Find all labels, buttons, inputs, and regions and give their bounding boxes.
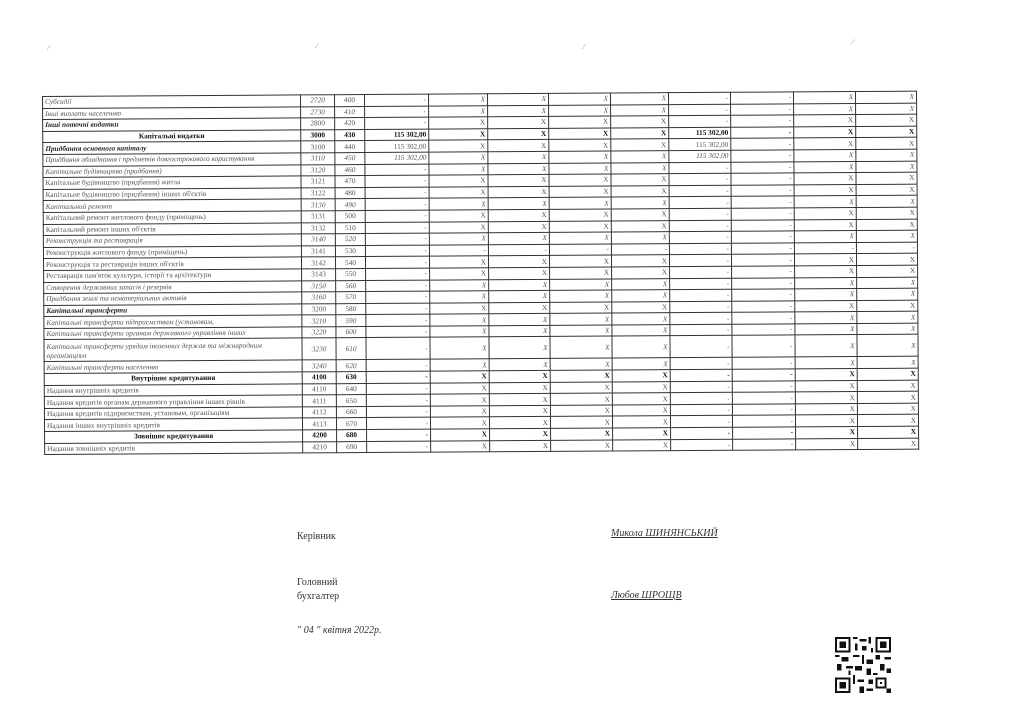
row-value-cell: X bbox=[429, 210, 488, 222]
row-line-number: 600 bbox=[336, 326, 366, 338]
row-value-cell: - bbox=[731, 243, 794, 255]
row-value-cell: X bbox=[857, 335, 918, 357]
row-value-cell: X bbox=[549, 105, 611, 117]
row-value-cell: X bbox=[857, 311, 918, 323]
row-value-cell: - bbox=[365, 164, 429, 176]
head-signature-name: Микола ШИНЯНСЬКИЙ bbox=[611, 528, 718, 539]
row-value-cell: - bbox=[669, 255, 731, 267]
row-line-number: 580 bbox=[336, 303, 366, 315]
row-value-cell: - bbox=[731, 231, 794, 243]
row-value-cell: X bbox=[855, 91, 916, 103]
row-value-cell: X bbox=[856, 149, 917, 161]
row-value-cell: - bbox=[365, 245, 429, 257]
row-value-cell: X bbox=[856, 138, 917, 150]
row-value-cell: 115 302,00 bbox=[669, 150, 731, 162]
row-value-cell: X bbox=[857, 265, 918, 277]
row-value-cell: - bbox=[670, 358, 732, 370]
row-value-cell: X bbox=[856, 184, 917, 196]
row-code: 3220 bbox=[302, 327, 336, 339]
scan-artifact bbox=[315, 43, 321, 49]
row-line-number: 500 bbox=[335, 210, 365, 222]
row-value-cell: X bbox=[857, 323, 918, 335]
row-value-cell: X bbox=[795, 403, 857, 415]
row-value-cell: X bbox=[611, 162, 669, 174]
row-value-cell: X bbox=[429, 175, 488, 187]
row-code: 3100 bbox=[301, 141, 335, 153]
row-value-cell: - bbox=[365, 175, 429, 187]
row-value-cell: X bbox=[611, 151, 669, 163]
row-value-cell: X bbox=[857, 380, 918, 392]
row-value-cell: X bbox=[857, 368, 918, 380]
row-value-cell: X bbox=[489, 370, 550, 382]
row-value-cell: X bbox=[549, 139, 611, 151]
row-value-cell: X bbox=[794, 196, 856, 208]
row-value-cell: X bbox=[488, 186, 549, 198]
row-value-cell: - bbox=[366, 418, 430, 430]
row-value-cell: X bbox=[795, 335, 857, 357]
row-name: Капітальні трансферти урядам іноземних д… bbox=[44, 338, 302, 362]
row-value-cell: X bbox=[489, 417, 550, 429]
row-value-cell: - bbox=[732, 357, 795, 369]
row-value-cell: X bbox=[549, 197, 611, 209]
row-code: 3142 bbox=[301, 257, 335, 269]
row-value-cell: X bbox=[549, 255, 611, 267]
row-value-cell: X bbox=[430, 417, 489, 429]
row-value-cell: - bbox=[365, 222, 429, 234]
row-value-cell: X bbox=[856, 103, 917, 115]
row-code: 3140 bbox=[301, 234, 335, 246]
row-line-number: 430 bbox=[335, 129, 365, 141]
row-value-cell: - bbox=[669, 185, 731, 197]
row-value-cell: - bbox=[669, 231, 731, 243]
row-value-cell: X bbox=[488, 233, 549, 245]
table-body: Субсидії2720400-XXXX--XXІнші виплати нас… bbox=[43, 91, 919, 455]
row-value-cell: X bbox=[430, 359, 489, 371]
report-date: " 04 " квітня 2022р. bbox=[297, 625, 382, 636]
row-code: 3230 bbox=[302, 338, 336, 360]
row-line-number: 570 bbox=[336, 292, 366, 304]
row-value-cell: - bbox=[365, 210, 429, 222]
row-line-number: 670 bbox=[336, 418, 366, 430]
row-value-cell: X bbox=[611, 185, 669, 197]
row-line-number: 490 bbox=[335, 199, 365, 211]
row-value-cell: X bbox=[429, 152, 488, 164]
row-value-cell: X bbox=[550, 279, 612, 291]
row-value-cell: X bbox=[856, 207, 917, 219]
row-value-cell: - bbox=[366, 406, 430, 418]
row-value-cell: X bbox=[549, 116, 611, 128]
row-value-cell: X bbox=[611, 139, 669, 151]
row-value-cell: X bbox=[431, 440, 490, 452]
capital-expenditure-table: Субсидії2720400-XXXX--XXІнші виплати нас… bbox=[42, 91, 919, 456]
row-value-cell: X bbox=[612, 267, 670, 279]
row-value-cell: X bbox=[856, 114, 917, 126]
row-value-cell: X bbox=[549, 128, 611, 140]
row-value-cell: X bbox=[612, 336, 670, 358]
row-value-cell: - bbox=[731, 161, 794, 173]
qr-code-icon bbox=[835, 637, 891, 693]
row-code: 3120 bbox=[301, 164, 335, 176]
row-value-cell: - bbox=[731, 219, 794, 231]
row-value-cell: X bbox=[550, 370, 612, 382]
row-value-cell: - bbox=[732, 312, 795, 324]
row-value-cell: X bbox=[429, 117, 488, 129]
row-value-cell: - bbox=[366, 268, 430, 280]
row-value-cell: X bbox=[550, 313, 612, 325]
row-value-cell: - bbox=[670, 336, 732, 358]
row-value-cell: X bbox=[795, 415, 857, 427]
row-value-cell: - bbox=[732, 301, 795, 313]
row-value-cell: X bbox=[857, 277, 918, 289]
row-value-cell: X bbox=[794, 184, 856, 196]
row-code: 3141 bbox=[301, 245, 335, 257]
row-line-number: 590 bbox=[336, 315, 366, 327]
row-value-cell: - bbox=[671, 439, 733, 451]
row-code: 2800 bbox=[301, 118, 335, 130]
row-value-cell: - bbox=[731, 185, 794, 197]
row-value-cell: - bbox=[731, 138, 794, 150]
row-value-cell: X bbox=[489, 337, 550, 359]
row-value-cell: X bbox=[489, 267, 550, 279]
row-value-cell: X bbox=[488, 221, 549, 233]
row-code: 4113 bbox=[302, 418, 336, 430]
row-value-cell: X bbox=[612, 358, 670, 370]
row-code: 4200 bbox=[303, 430, 337, 442]
row-value-cell: - bbox=[549, 244, 611, 256]
row-value-cell: - bbox=[670, 416, 732, 428]
row-value-cell: - bbox=[732, 392, 795, 404]
row-value-cell: X bbox=[488, 198, 549, 210]
row-code: 3132 bbox=[301, 222, 335, 234]
row-value-cell: X bbox=[794, 173, 856, 185]
row-value-cell: X bbox=[489, 290, 550, 302]
row-line-number: 610 bbox=[336, 338, 366, 360]
row-value-cell: X bbox=[611, 255, 669, 267]
row-value-cell: - bbox=[670, 301, 732, 313]
row-code: 2730 bbox=[301, 106, 335, 118]
row-value-cell: - bbox=[366, 394, 430, 406]
row-value-cell: X bbox=[794, 207, 856, 219]
row-line-number: 680 bbox=[337, 430, 367, 442]
row-value-cell: X bbox=[612, 416, 670, 428]
row-value-cell: X bbox=[488, 163, 549, 175]
row-code: 3210 bbox=[302, 315, 336, 327]
row-value-cell: - bbox=[366, 280, 430, 292]
row-value-cell: X bbox=[794, 103, 856, 115]
row-value-cell: X bbox=[795, 357, 857, 369]
accountant-signature-name: Любов ШРОЩВ bbox=[611, 590, 682, 601]
row-value-cell: X bbox=[795, 392, 857, 404]
row-value-cell: - bbox=[731, 208, 794, 220]
row-value-cell: - bbox=[429, 244, 488, 256]
row-value-cell: X bbox=[488, 128, 549, 140]
row-value-cell: X bbox=[857, 357, 918, 369]
row-value-cell: X bbox=[856, 172, 917, 184]
row-value-cell: X bbox=[489, 325, 550, 337]
row-value-cell: - bbox=[669, 162, 731, 174]
row-line-number: 630 bbox=[336, 372, 366, 384]
row-value-cell: - bbox=[731, 150, 794, 162]
row-value-cell: - bbox=[670, 393, 732, 405]
row-value-cell: - bbox=[856, 242, 917, 254]
row-value-cell: X bbox=[611, 127, 669, 139]
row-line-number: 530 bbox=[335, 245, 365, 257]
row-value-cell: - bbox=[366, 291, 430, 303]
row-value-cell: - bbox=[366, 338, 430, 360]
row-value-cell: X bbox=[488, 117, 549, 129]
row-code: 3131 bbox=[301, 211, 335, 223]
row-value-cell: X bbox=[429, 198, 488, 210]
row-line-number: 460 bbox=[335, 164, 365, 176]
row-value-cell: - bbox=[365, 233, 429, 245]
row-value-cell: X bbox=[430, 394, 489, 406]
row-value-cell: - bbox=[365, 106, 429, 118]
row-value-cell: X bbox=[856, 195, 917, 207]
row-value-cell: - bbox=[669, 115, 731, 127]
row-value-cell: X bbox=[794, 219, 856, 231]
row-line-number: 520 bbox=[335, 234, 365, 246]
row-value-cell: 115 302,00 bbox=[669, 139, 731, 151]
row-value-cell: X bbox=[550, 302, 612, 314]
row-value-cell: X bbox=[549, 209, 611, 221]
row-value-cell: - bbox=[365, 187, 429, 199]
row-value-cell: X bbox=[550, 358, 612, 370]
row-value-cell: - bbox=[367, 441, 431, 453]
row-value-cell: X bbox=[856, 126, 917, 138]
row-value-cell: X bbox=[430, 406, 489, 418]
row-value-cell: X bbox=[795, 312, 857, 324]
row-value-cell: X bbox=[795, 369, 857, 381]
row-value-cell: X bbox=[856, 230, 917, 242]
scan-artifact bbox=[47, 45, 53, 51]
row-value-cell: X bbox=[429, 129, 488, 141]
row-value-cell: - bbox=[366, 383, 430, 395]
row-line-number: 550 bbox=[336, 268, 366, 280]
row-value-cell: X bbox=[550, 382, 612, 394]
row-value-cell: X bbox=[858, 438, 919, 450]
row-value-cell: X bbox=[795, 265, 857, 277]
row-code: 3200 bbox=[302, 303, 336, 315]
row-value-cell: X bbox=[795, 380, 857, 392]
row-value-cell: - bbox=[366, 303, 430, 315]
row-value-cell: X bbox=[550, 393, 612, 405]
row-value-cell: - bbox=[669, 243, 731, 255]
accountant-label-line2: бухгалтер bbox=[297, 591, 339, 602]
row-value-cell: X bbox=[428, 94, 487, 106]
row-value-cell: - bbox=[731, 115, 794, 127]
row-value-cell: X bbox=[550, 336, 612, 358]
row-value-cell: X bbox=[487, 93, 548, 105]
row-line-number: 420 bbox=[335, 118, 365, 130]
row-value-cell: X bbox=[550, 267, 612, 279]
row-value-cell: X bbox=[612, 393, 670, 405]
row-value-cell: X bbox=[857, 403, 918, 415]
row-value-cell: X bbox=[488, 105, 549, 117]
row-value-cell: X bbox=[794, 149, 856, 161]
row-value-cell: X bbox=[611, 116, 669, 128]
row-value-cell: X bbox=[857, 300, 918, 312]
row-value-cell: X bbox=[794, 254, 856, 266]
row-line-number: 560 bbox=[336, 280, 366, 292]
row-value-cell: X bbox=[612, 313, 670, 325]
row-value-cell: X bbox=[612, 278, 670, 290]
row-value-cell: X bbox=[610, 93, 668, 105]
row-value-cell: X bbox=[488, 209, 549, 221]
row-value-cell: X bbox=[611, 209, 669, 221]
row-line-number: 480 bbox=[335, 187, 365, 199]
row-value-cell: X bbox=[794, 231, 856, 243]
row-value-cell: - bbox=[366, 371, 430, 383]
row-value-cell: - bbox=[731, 173, 794, 185]
row-value-cell: - bbox=[670, 404, 732, 416]
row-line-number: 620 bbox=[336, 360, 366, 372]
row-value-cell: X bbox=[430, 371, 489, 383]
row-value-cell: - bbox=[733, 427, 796, 439]
row-value-cell: X bbox=[858, 426, 919, 438]
row-value-cell: X bbox=[796, 438, 858, 450]
row-value-cell: X bbox=[429, 233, 488, 245]
row-value-cell: X bbox=[795, 289, 857, 301]
row-value-cell: X bbox=[430, 314, 489, 326]
row-value-cell: X bbox=[430, 268, 489, 280]
row-value-cell: X bbox=[489, 405, 550, 417]
row-value-cell: X bbox=[551, 428, 613, 440]
row-code: 3121 bbox=[301, 176, 335, 188]
row-value-cell: X bbox=[857, 391, 918, 403]
row-value-cell: - bbox=[731, 196, 794, 208]
row-line-number: 470 bbox=[335, 176, 365, 188]
row-value-cell: 115 302,00 bbox=[365, 152, 429, 164]
row-value-cell: X bbox=[793, 92, 855, 104]
row-value-cell: X bbox=[795, 277, 857, 289]
row-value-cell: X bbox=[489, 314, 550, 326]
row-value-cell: X bbox=[430, 291, 489, 303]
row-value-cell: X bbox=[431, 429, 490, 441]
row-value-cell: X bbox=[550, 325, 612, 337]
row-value-cell: - bbox=[669, 173, 731, 185]
row-value-cell: X bbox=[611, 174, 669, 186]
accountant-label-line1: Головний bbox=[297, 577, 338, 588]
row-value-cell: - bbox=[671, 427, 733, 439]
row-line-number: 410 bbox=[335, 106, 365, 118]
row-value-cell: X bbox=[857, 288, 918, 300]
row-value-cell: X bbox=[489, 279, 550, 291]
row-value-cell: - bbox=[364, 94, 428, 106]
row-value-cell: - bbox=[669, 104, 731, 116]
row-value-cell: - bbox=[732, 404, 795, 416]
row-value-cell: X bbox=[612, 325, 670, 337]
row-value-cell: X bbox=[612, 290, 670, 302]
row-code: 3122 bbox=[301, 187, 335, 199]
row-code: 3110 bbox=[301, 153, 335, 165]
row-value-cell: - bbox=[794, 242, 856, 254]
row-value-cell: X bbox=[794, 115, 856, 127]
row-value-cell: X bbox=[611, 197, 669, 209]
row-value-cell: X bbox=[429, 221, 488, 233]
row-value-cell: X bbox=[613, 428, 671, 440]
row-value-cell: - bbox=[366, 326, 430, 338]
row-value-cell: - bbox=[732, 266, 795, 278]
row-value-cell: X bbox=[429, 187, 488, 199]
row-value-cell: X bbox=[794, 161, 856, 173]
row-value-cell: X bbox=[612, 405, 670, 417]
row-value-cell: - bbox=[365, 198, 429, 210]
scan-artifact bbox=[851, 39, 857, 45]
row-value-cell: X bbox=[549, 186, 611, 198]
row-code: 3240 bbox=[302, 360, 336, 372]
row-value-cell: - bbox=[732, 335, 795, 357]
row-value-cell: X bbox=[429, 256, 488, 268]
row-value-cell: X bbox=[489, 382, 550, 394]
row-value-cell: - bbox=[732, 289, 795, 301]
row-value-cell: X bbox=[549, 174, 611, 186]
row-value-cell: X bbox=[551, 440, 613, 452]
row-value-cell: X bbox=[430, 382, 489, 394]
row-value-cell: - bbox=[730, 92, 793, 104]
row-value-cell: X bbox=[488, 175, 549, 187]
row-value-cell: X bbox=[611, 220, 669, 232]
row-code: 2720 bbox=[300, 95, 334, 107]
row-line-number: 510 bbox=[335, 222, 365, 234]
row-code: 4112 bbox=[302, 407, 336, 419]
row-code: 3160 bbox=[302, 292, 336, 304]
row-value-cell: - bbox=[670, 313, 732, 325]
row-line-number: 540 bbox=[335, 257, 365, 269]
row-value-cell: X bbox=[550, 416, 612, 428]
row-value-cell: - bbox=[732, 381, 795, 393]
row-value-cell: X bbox=[489, 394, 550, 406]
row-value-cell: X bbox=[613, 439, 671, 451]
row-value-cell: X bbox=[795, 300, 857, 312]
row-value-cell: 115 302,00 bbox=[365, 141, 429, 153]
row-value-cell: - bbox=[670, 381, 732, 393]
row-value-cell: X bbox=[795, 323, 857, 335]
row-value-cell: X bbox=[549, 221, 611, 233]
row-value-cell: X bbox=[611, 232, 669, 244]
row-value-cell: - bbox=[732, 277, 795, 289]
row-value-cell: - bbox=[365, 256, 429, 268]
row-value-cell: - bbox=[731, 104, 794, 116]
row-code: 4110 bbox=[302, 383, 336, 395]
row-code: 3150 bbox=[302, 280, 336, 292]
row-value-cell: X bbox=[430, 279, 489, 291]
row-line-number: 450 bbox=[335, 152, 365, 164]
row-line-number: 640 bbox=[336, 383, 366, 395]
row-line-number: 690 bbox=[337, 441, 367, 453]
row-value-cell: X bbox=[488, 151, 549, 163]
row-value-cell: - bbox=[366, 314, 430, 326]
row-code: 3000 bbox=[301, 129, 335, 141]
row-value-cell: - bbox=[732, 369, 795, 381]
row-value-cell: X bbox=[549, 163, 611, 175]
row-value-cell: X bbox=[612, 301, 670, 313]
row-value-cell: X bbox=[549, 151, 611, 163]
row-value-cell: X bbox=[489, 359, 550, 371]
row-value-cell: - bbox=[731, 254, 794, 266]
row-value-cell: X bbox=[490, 428, 551, 440]
row-value-cell: 115 302,00 bbox=[365, 129, 429, 141]
row-value-cell: X bbox=[857, 415, 918, 427]
row-value-cell: - bbox=[669, 220, 731, 232]
row-value-cell: - bbox=[731, 127, 794, 139]
row-value-cell: - bbox=[366, 360, 430, 372]
row-value-cell: X bbox=[794, 138, 856, 150]
row-value-cell: - bbox=[365, 117, 429, 129]
row-value-cell: X bbox=[488, 256, 549, 268]
row-value-cell: - bbox=[670, 266, 732, 278]
row-value-cell: - bbox=[670, 289, 732, 301]
row-value-cell: X bbox=[856, 253, 917, 265]
